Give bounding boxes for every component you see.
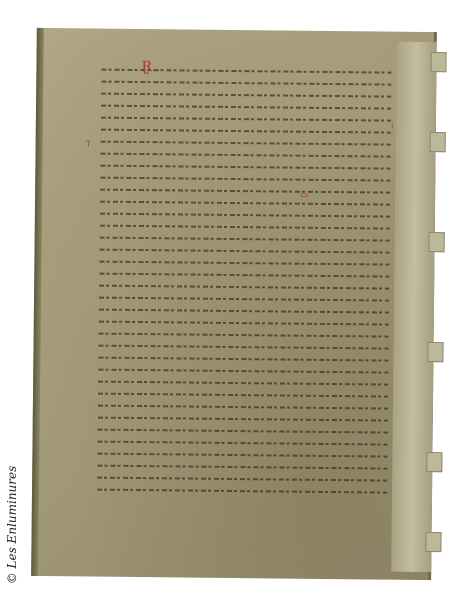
- folded-right-edge: [391, 42, 437, 572]
- credit-text: © Les Enluminures: [5, 466, 19, 585]
- binding-tab: [429, 232, 445, 252]
- page-left-edge: [31, 28, 44, 576]
- handwritten-text-block: [97, 59, 392, 504]
- rubric-marginal: ⁝: [391, 122, 394, 132]
- binding-tab: [425, 532, 441, 552]
- rubric-mark: ▭: [300, 191, 309, 201]
- binding-tab: [430, 52, 446, 72]
- manuscript-page: Ɽ ⁊ ▭ ⁝: [31, 28, 437, 580]
- binding-tab: [426, 452, 442, 472]
- copyright-credit: © Les Enluminures: [2, 470, 22, 580]
- binding-tab: [427, 342, 443, 362]
- rubric-initial: Ɽ: [141, 59, 152, 75]
- rubric-mark: ⁊: [86, 138, 91, 148]
- binding-tab: [430, 132, 446, 152]
